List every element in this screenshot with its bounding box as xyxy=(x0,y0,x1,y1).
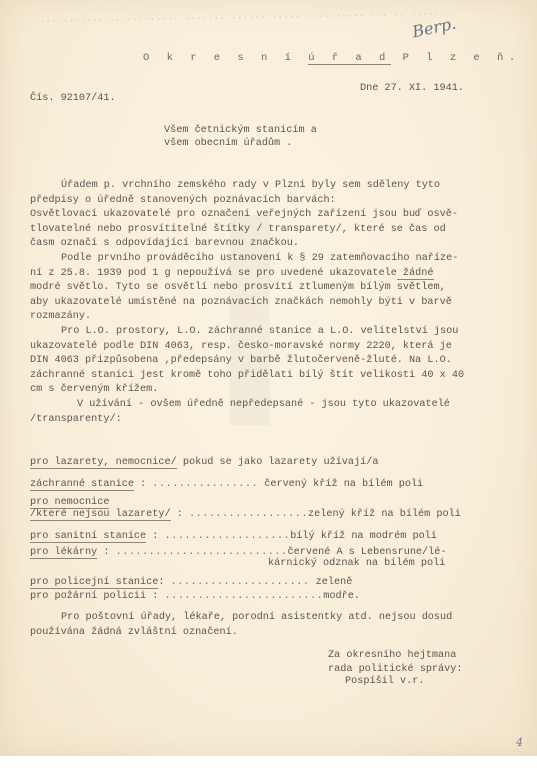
addressee-line: všem obecním úřadům . xyxy=(164,138,292,150)
list-item-label: /které nejsou lazarety/ xyxy=(30,509,171,521)
document-date: Dne 27. XI. 1941. xyxy=(360,83,464,95)
text-line: rozmazány. xyxy=(30,310,510,325)
list-item-text: pokud se jako lazarety užívají/a xyxy=(177,457,379,468)
title-part: P l z e ň. xyxy=(391,52,521,64)
leader-dots: ..................... xyxy=(171,577,310,588)
document-title: O k r e s n í ú ř a d P l z e ň. xyxy=(143,52,521,64)
list-item-label: pro nemocnice xyxy=(30,497,109,509)
text-line: tlovatelné nebo prosvítitelné štítky / t… xyxy=(30,223,510,238)
list-item-value: modře. xyxy=(323,591,360,602)
list-item: pro lazarety, nemocnice/ pokud se jako l… xyxy=(30,457,378,468)
text-line: Pro poštovní úřady, lékaře, porodní asis… xyxy=(30,611,510,626)
signature-name: Pospíšil v.r. xyxy=(345,676,424,687)
list-item-label: pro lazarety, nemocnice/ xyxy=(30,457,177,469)
leader-dots: ........................ xyxy=(165,591,324,602)
list-item: /které nejsou lazarety/ : ..............… xyxy=(30,509,461,520)
title-part: O k r e s n í xyxy=(143,52,308,64)
list-item: pro požární policii : ..................… xyxy=(30,591,360,602)
leader-dots: .................. xyxy=(189,509,308,520)
text-line: ní z 25.8. 1939 pod 1 g nepoužívá se pro… xyxy=(30,267,510,282)
list-item: záchranné stanice : ................ čer… xyxy=(30,479,423,490)
list-item-label: pro sanitní stanice xyxy=(30,531,146,543)
header-bleed-through: ... ....... .. ......... ....... ...... … xyxy=(40,8,450,24)
closing-paragraph: Pro poštovní úřady, lékaře, porodní asis… xyxy=(30,611,510,640)
list-item-text: : xyxy=(158,577,170,588)
list-item: pro lékárny : ..........................… xyxy=(30,547,447,558)
list-item: kárnický odznak na bílém poli xyxy=(268,558,445,569)
list-item-value: červené A s Lebensrune/lé- xyxy=(288,547,447,558)
text-line: Úřadem p. vrchního zemského rady v Plzni… xyxy=(30,179,510,194)
text-line: záchranné stanici jest kromě toho přiděl… xyxy=(30,369,510,384)
list-item-text: : xyxy=(134,479,152,490)
page-number: 4 xyxy=(516,736,523,749)
text-line: časm označí s odpovídající barevnou znač… xyxy=(30,237,510,252)
text-line: Osvětlovací ukazovatelé pro označení veř… xyxy=(30,208,510,223)
text-line: V užívání - ovšem úředně nepředepsané - … xyxy=(30,398,510,413)
text-line: cm s červeným křížem. xyxy=(30,383,510,398)
list-item-text: pro požární policii : xyxy=(30,591,165,602)
signature-line: rada politické správy: xyxy=(328,664,463,675)
list-item: pro policejní stanice: .................… xyxy=(30,577,352,588)
list-item-value: bílý kříž na modrém poli xyxy=(290,531,437,542)
text-line: ukazovatelé podle DIN 4063, resp. česko-… xyxy=(30,340,510,355)
list-item-label: pro lékárny xyxy=(30,547,97,559)
text-line: Podle prvního prováděcího ustanovení k §… xyxy=(30,252,510,267)
list-item-label: záchranné stanice xyxy=(30,479,134,491)
list-item: pro sanitní stanice : ..................… xyxy=(30,531,437,542)
emphasis-underline: žádné xyxy=(397,268,434,280)
list-item-text: : xyxy=(97,547,115,558)
document-page: ... ....... .. ......... ....... ...... … xyxy=(0,0,537,756)
text-line: DIN 4063 přizpůsobena ,předepsány v barb… xyxy=(30,354,510,369)
list-item-value: červený kříž na bílém poli xyxy=(258,479,423,490)
document-body: Úřadem p. vrchního zemského rady v Plzni… xyxy=(30,179,510,427)
reference-number: Čís. 92107/41. xyxy=(30,93,116,105)
text-line: Pro L.O. prostory, L.O. záchranné stanic… xyxy=(30,325,510,340)
leader-dots: .......................... xyxy=(116,547,288,558)
list-item-text: : xyxy=(146,531,164,542)
leader-dots: ................... xyxy=(165,531,291,542)
text-line: aby ukazovatelé umístěné na poznávacích … xyxy=(30,296,510,311)
text-line: /transparenty/: xyxy=(30,413,510,428)
text-line: modré světlo. Tyto se osvětlí nebo prosv… xyxy=(30,281,510,296)
list-item-value: zeleně xyxy=(310,577,353,588)
addressee-line: Všem četnickým stanicím a xyxy=(164,125,317,137)
text-line: předpisy o úředně stanovených poznávacíc… xyxy=(30,194,510,209)
list-item-value: zelený kříž na bílém poli xyxy=(308,509,461,520)
list-item-value: kárnický odznak na bílém poli xyxy=(268,558,445,569)
list-item: pro nemocnice xyxy=(30,497,109,508)
list-item-label: pro policejní stanice xyxy=(30,577,158,589)
title-underlined: ú ř a d xyxy=(308,52,391,65)
text-line: používána žádná zvláštní označení. xyxy=(30,626,510,641)
signature-line: Za okresního hejtmana xyxy=(328,650,456,661)
list-item-text: : xyxy=(171,509,189,520)
leader-dots: ................ xyxy=(152,479,258,490)
